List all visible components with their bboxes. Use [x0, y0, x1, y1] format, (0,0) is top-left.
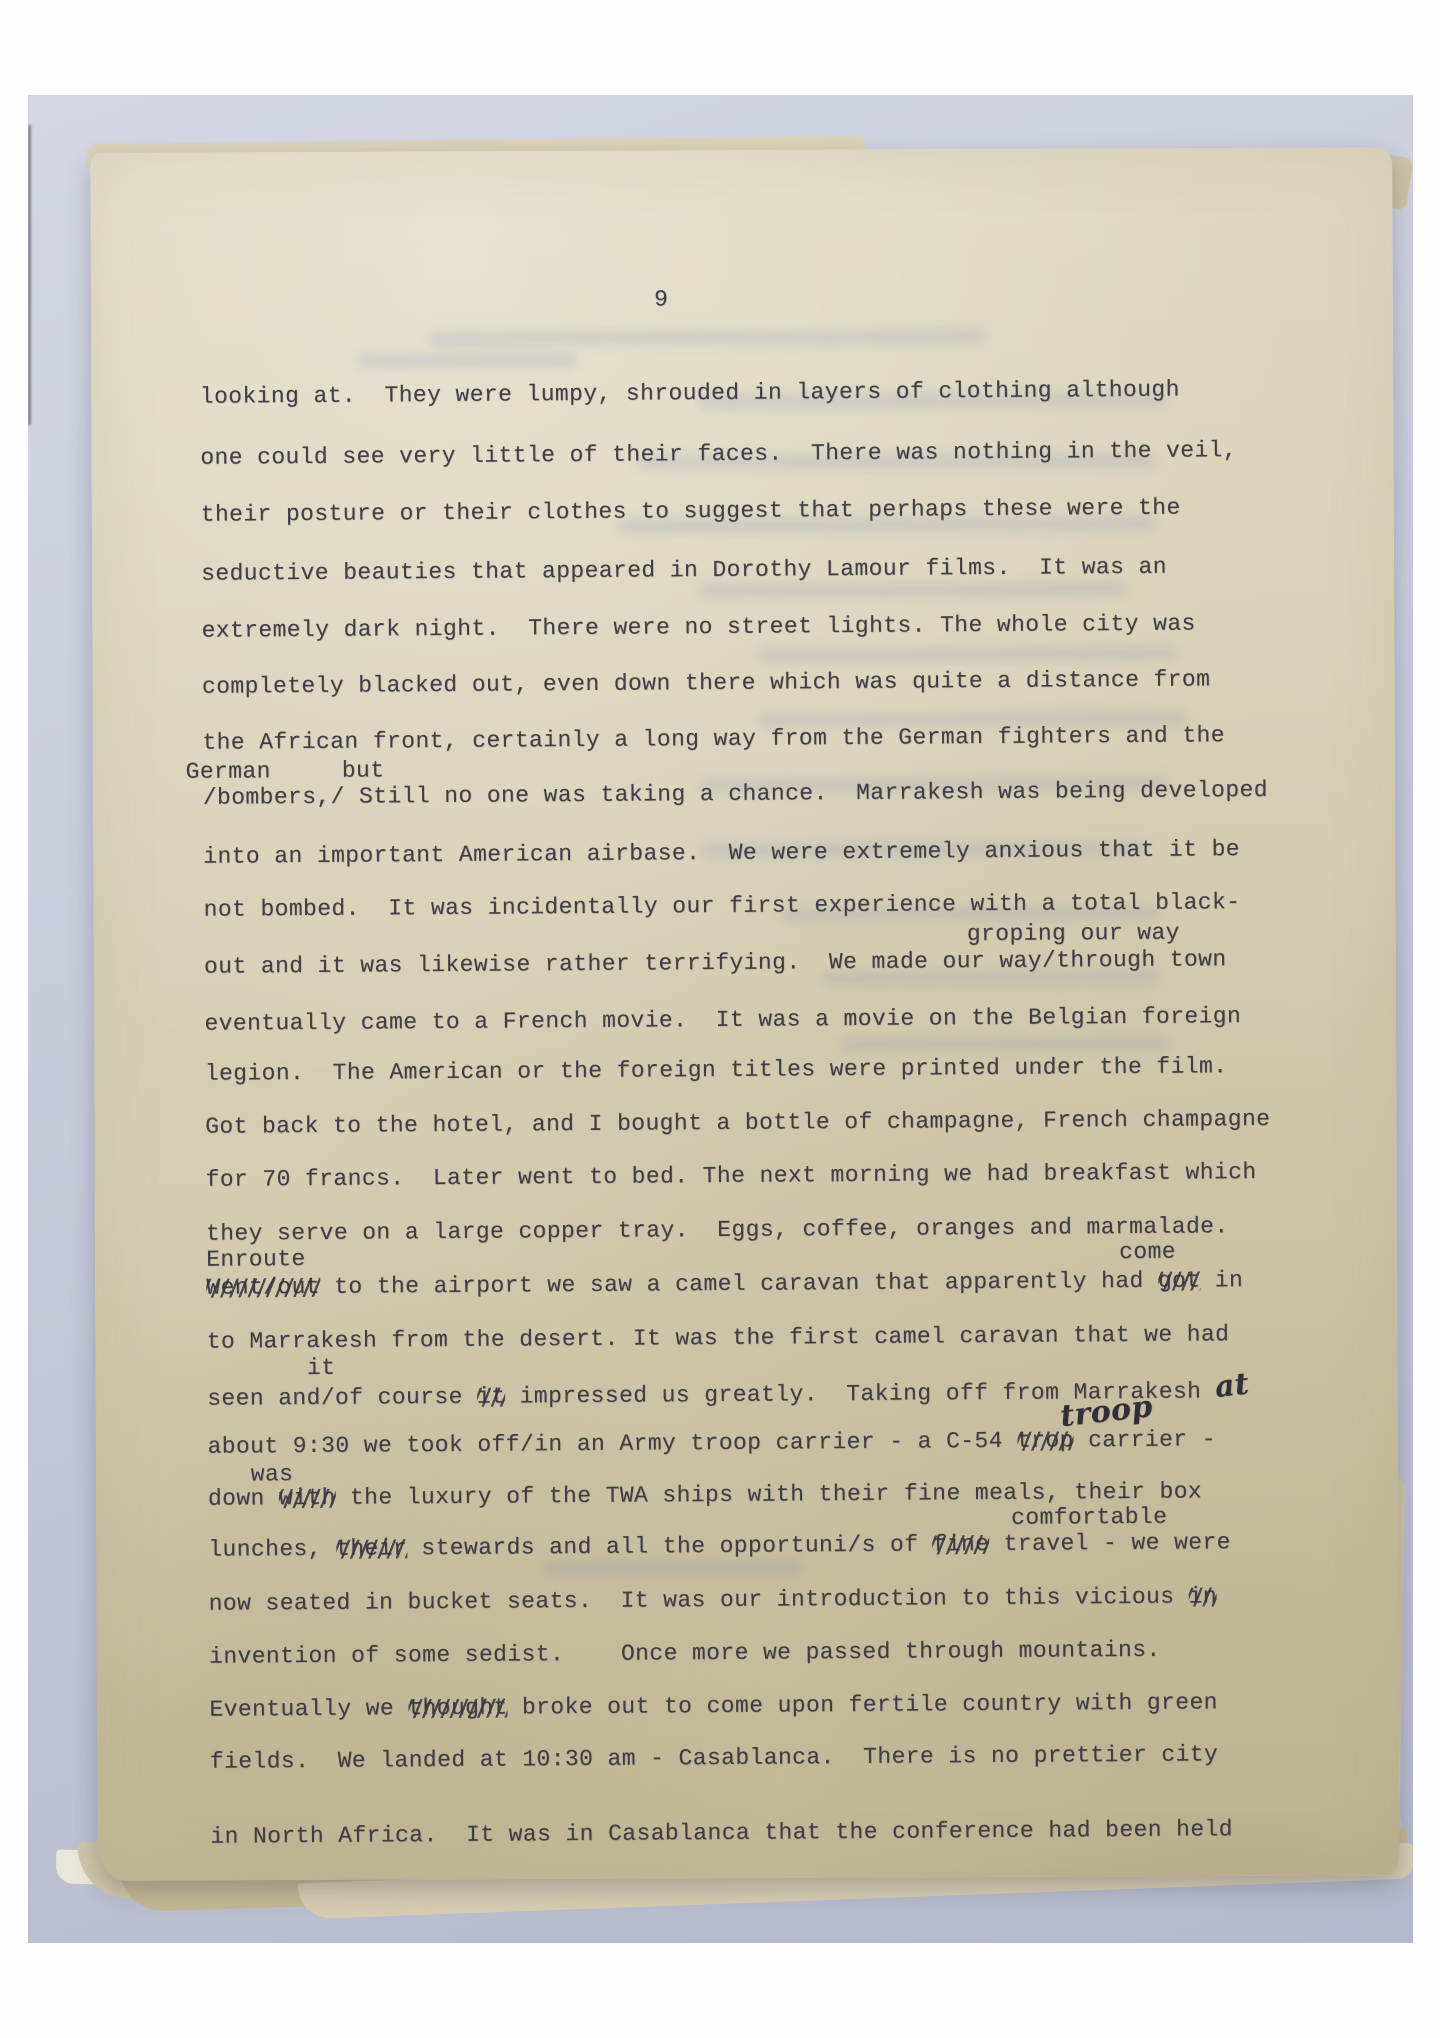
- scanned-document-page: 9looking at. They were lumpy, shrouded i…: [0, 0, 1440, 2038]
- scan-photo-area: [28, 95, 1413, 1943]
- typescript-page: [90, 147, 1400, 1881]
- scan-edge-shadow: [28, 125, 31, 425]
